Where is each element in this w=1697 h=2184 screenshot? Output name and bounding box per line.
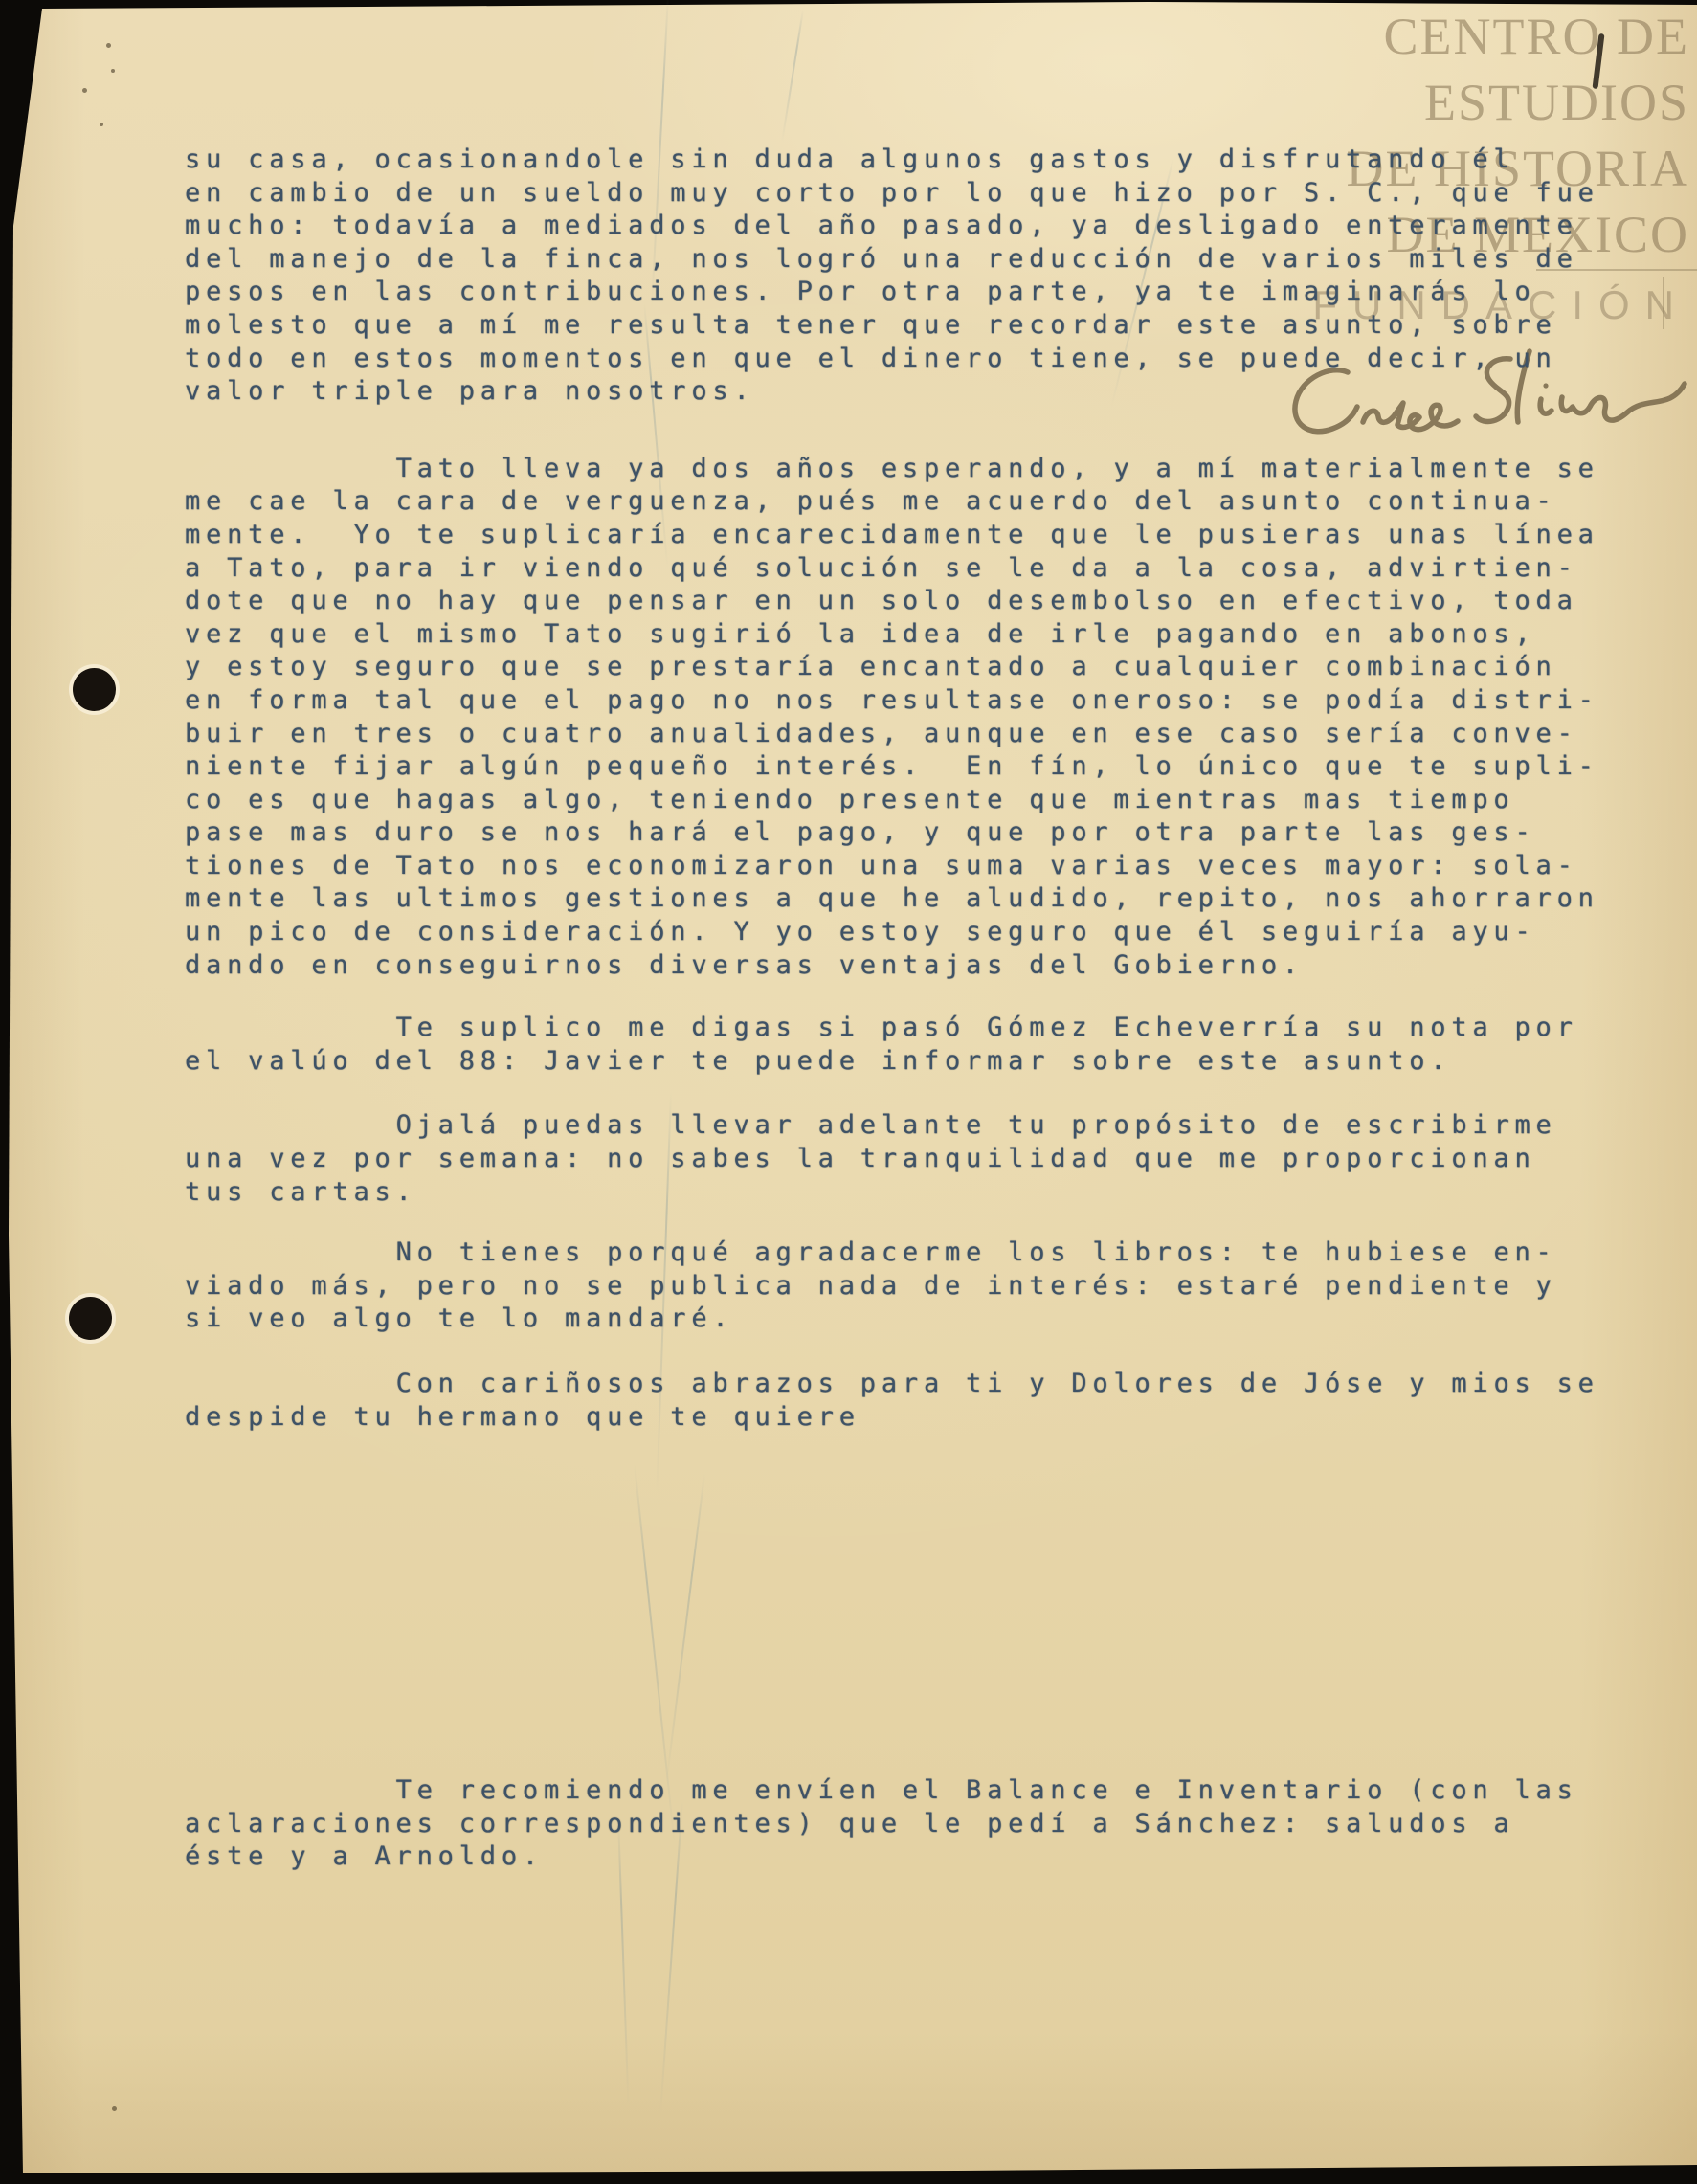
letter-paragraph-5: No tienes porqué agradacerme los libros:… xyxy=(185,1237,1678,1336)
ink-speck xyxy=(82,88,87,93)
letter-paragraph-1: su casa, ocasionandole sin duda algunos … xyxy=(185,144,1678,409)
ink-speck xyxy=(112,2106,117,2111)
letter-paragraph-7: Te recomiendo me envíen el Balance e Inv… xyxy=(185,1774,1678,1874)
letter-paragraph-6: Con cariñosos abrazos para ti y Dolores … xyxy=(185,1368,1678,1434)
letter-paragraph-3: Te suplico me digas si pasó Gómez Echeve… xyxy=(185,1012,1678,1078)
letter-paragraph-2: Tato lleva ya dos años esperando, y a mí… xyxy=(185,453,1678,983)
hole-punch xyxy=(69,1297,112,1340)
hole-punch xyxy=(73,668,116,711)
letter-paragraph-4: Ojalá puedas llevar adelante tu propósit… xyxy=(185,1109,1678,1209)
letter-body: su casa, ocasionandole sin duda algunos … xyxy=(185,144,1678,1874)
scanned-letter-page: CENTRO DE ESTUDIOS DE HISTORIA DE MEXICO… xyxy=(0,0,1697,2184)
ink-speck xyxy=(100,123,103,126)
ink-speck xyxy=(111,69,115,73)
ink-speck xyxy=(106,43,111,48)
